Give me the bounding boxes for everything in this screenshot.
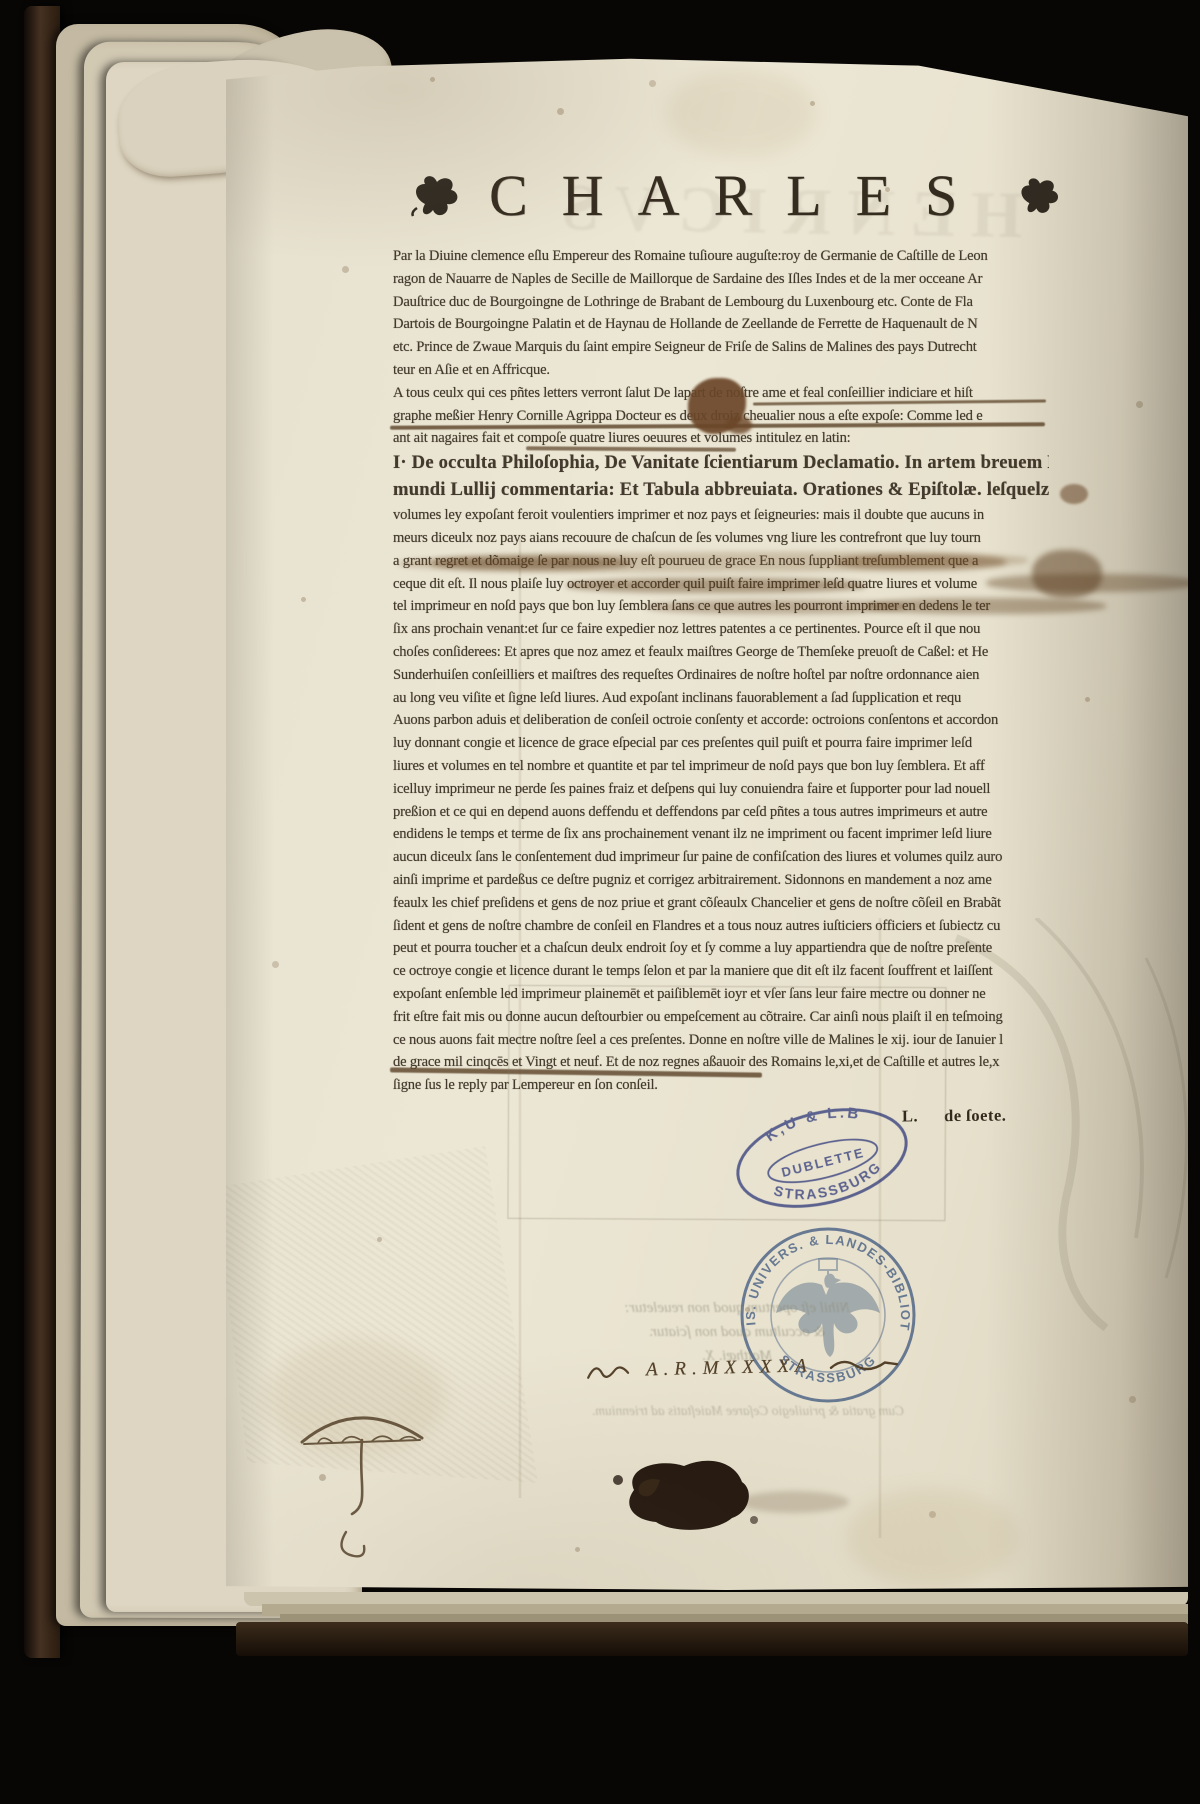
foxing-stain: [666, 68, 816, 158]
text-line: I· De occulta Philoſophia, De Vanitate ſ…: [393, 450, 1049, 477]
text-line: ainſi imprime et pardeßus ce deſtre pugn…: [393, 869, 1049, 892]
aldine-leaf-icon: [1017, 176, 1063, 216]
text-line: Auons parbon aduis et deliberation de co…: [393, 709, 1049, 732]
foxing-stain: [846, 1488, 1016, 1588]
text-line: volumes ley expoſant feroit voulentiers …: [393, 504, 1049, 527]
text-line: Par la Diuine clemence eſlu Empereur des…: [393, 245, 1049, 268]
ink-blot: [726, 416, 752, 434]
text-line: meurs diceulx noz pays aians recouure de…: [393, 527, 1049, 550]
ink-blot: [1060, 484, 1088, 504]
pen-stroke-icon: [828, 1356, 898, 1374]
ink-smear: [1032, 550, 1102, 598]
book-photo-scene: HENRICVS CHARLES Par la Diuine clemence …: [0, 0, 1200, 1804]
text-line: Dauſtrice duc de Bourgoingne de Lothring…: [393, 291, 1049, 314]
text-line: feaulx les chief preſidens et gens de no…: [393, 892, 1049, 915]
text-line: Dartois de Bourgoingne Palatin et de Hay…: [393, 313, 1049, 336]
text-line: choſes conſiderees: Et apres que noz ame…: [393, 641, 1049, 664]
text-line: mundi Lullij commentaria: Et Tabula abbr…: [393, 477, 1049, 504]
text-line: preßion et ce qui en depend auons deffen…: [393, 801, 1049, 824]
page-title: CHARLES: [489, 162, 991, 229]
page-title-row: CHARLES: [411, 162, 1063, 229]
title-page: HENRICVS CHARLES Par la Diuine clemence …: [226, 58, 1188, 1590]
pen-flourish-icon: [586, 1357, 631, 1386]
text-line: etc. Prince de Zwaue Marquis du ſaint em…: [393, 336, 1049, 359]
bottom-board-edge: [236, 1622, 1188, 1656]
show-through-drawing: [916, 918, 1200, 1338]
show-through-line: & occultum quod non ſciatur.: [582, 1320, 892, 1344]
text-line: ſix ans prochain venant:et ſur ce faire …: [393, 618, 1049, 641]
text-line: liures et volumes en tel nombre et quant…: [393, 755, 1049, 778]
text-line: ragon de Nauarre de Naples de Secille de…: [393, 268, 1049, 291]
text-line: icelluy imprimeur ne perde ſes paines fr…: [393, 778, 1049, 801]
ink-smear: [866, 598, 1106, 614]
text-line: au long veu viſite et ſigne leſd liures.…: [393, 687, 1049, 710]
text-line: luy donnant congie et licence de grace e…: [393, 732, 1049, 755]
ink-smear: [431, 556, 631, 570]
ink-smear: [836, 554, 1006, 570]
ink-smear: [566, 578, 866, 593]
ink-doodle-umbrella: [288, 1394, 448, 1574]
text-line: endidens le temps et terme de ſix ans pr…: [393, 823, 1049, 846]
text-line: Sunderhuiſen conſeilliers et maiſtres de…: [393, 664, 1049, 687]
text-line: aucun diceulx ſans le conſentement dud i…: [393, 846, 1049, 869]
handwritten-mark: A.R.MXXXXA: [646, 1355, 813, 1381]
show-through-line: Nihil eſt opertum quod non reueletur:: [582, 1296, 892, 1320]
book-spine-board: [24, 6, 60, 1658]
large-ink-blot: [604, 1450, 854, 1545]
aldine-leaf-icon: [411, 174, 463, 218]
show-through-colophon: Cum gratia & priuilegio Ceſaree Maieſtat…: [548, 1403, 948, 1419]
